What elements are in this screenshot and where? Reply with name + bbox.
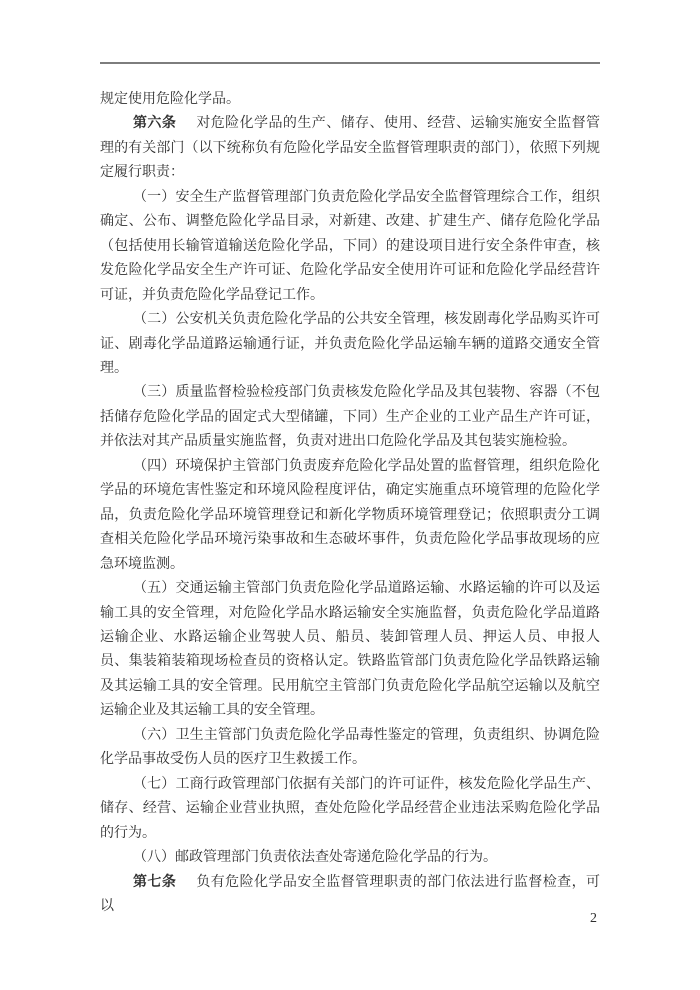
document-page: 规定使用危险化学品。 第六条对危险化学品的生产、储存、使用、经营、运输实施安全监… (0, 0, 700, 990)
paragraph-text: （七）工商行政管理部门依据有关部门的许可证件，核发危险化学品生产、储存、经营、运… (100, 777, 600, 841)
paragraph-item-3: （三）质量监督检验检疫部门负责核发危险化学品及其包装物、容器（不包括储存危险化学… (100, 381, 600, 454)
paragraph-text: （三）质量监督检验检疫部门负责核发危险化学品及其包装物、容器（不包括储存危险化学… (100, 385, 600, 449)
paragraph-text: （四）环境保护主管部门负责废弃危险化学品处置的监督管理，组织危险化学品的环境危害… (100, 459, 600, 572)
paragraph-item-2: （二）公安机关负责危险化学品的公共安全管理，核发剧毒化学品购买许可证、剧毒化学品… (100, 308, 600, 381)
header-rule (100, 62, 600, 64)
paragraph-item-6: （六）卫生主管部门负责危险化学品毒性鉴定的管理，负责组织、协调危险化学品事故受伤… (100, 724, 600, 773)
paragraph-item-4: （四）环境保护主管部门负责废弃危险化学品处置的监督管理，组织危险化学品的环境危害… (100, 455, 600, 577)
paragraph-item-5: （五）交通运输主管部门负责危险化学品道路运输、水路运输的许可以及运输工具的安全管… (100, 577, 600, 724)
paragraph-item-1: （一）安全生产监督管理部门负责危险化学品安全监督管理综合工作，组织确定、公布、调… (100, 186, 600, 308)
article-number: 第七条 (133, 875, 176, 890)
page-footer: 2 (100, 911, 597, 927)
paragraph-text: （八）邮政管理部门负责依法查处寄递危险化学品的行为。 (133, 850, 497, 865)
paragraph-item-8: （八）邮政管理部门负责依法查处寄递危险化学品的行为。 (100, 846, 600, 870)
paragraph-text: （一）安全生产监督管理部门负责危险化学品安全监督管理综合工作，组织确定、公布、调… (100, 190, 600, 303)
paragraph-text: 规定使用危险化学品。 (100, 92, 240, 107)
paragraph-article-6: 第六条对危险化学品的生产、储存、使用、经营、运输实施安全监督管理的有关部门（以下… (100, 112, 600, 185)
document-body: 规定使用危险化学品。 第六条对危险化学品的生产、储存、使用、经营、运输实施安全监… (100, 88, 600, 919)
paragraph-text: （五）交通运输主管部门负责危险化学品道路运输、水路运输的许可以及运输工具的安全管… (100, 581, 600, 718)
paragraph-item-7: （七）工商行政管理部门依据有关部门的许可证件，核发危险化学品生产、储存、经营、运… (100, 773, 600, 846)
page-number: 2 (590, 911, 597, 926)
article-number: 第六条 (133, 116, 176, 131)
paragraph-continuation: 规定使用危险化学品。 (100, 88, 600, 112)
paragraph-text: （二）公安机关负责危险化学品的公共安全管理，核发剧毒化学品购买许可证、剧毒化学品… (100, 312, 600, 376)
paragraph-text: （六）卫生主管部门负责危险化学品毒性鉴定的管理，负责组织、协调危险化学品事故受伤… (100, 728, 600, 767)
